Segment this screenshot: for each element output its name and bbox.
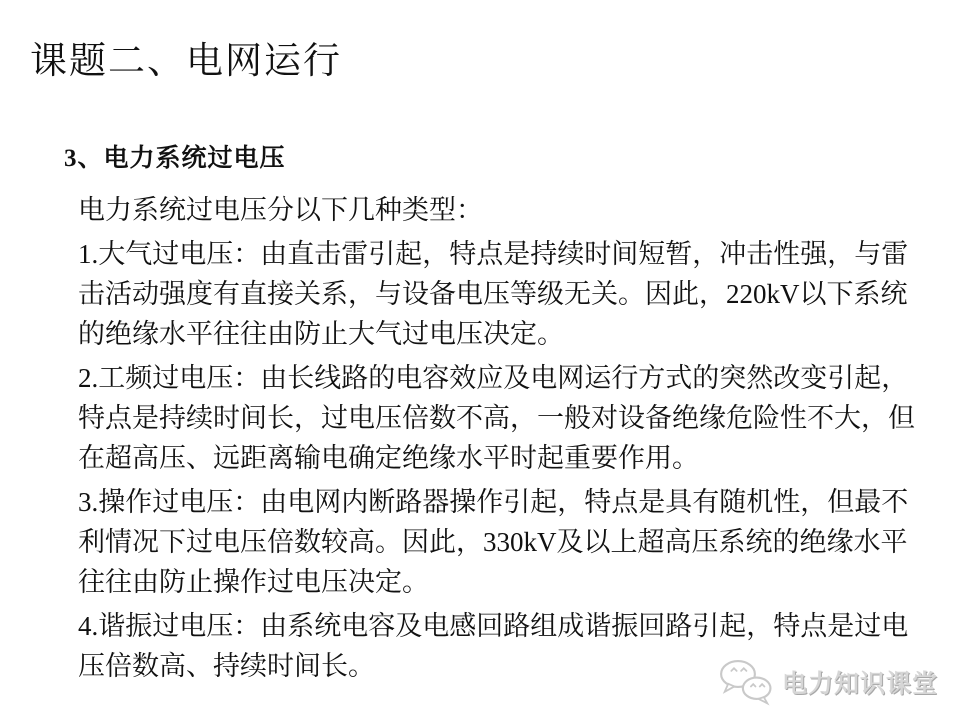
body-paragraph: 电力系统过电压分以下几种类型： <box>78 190 940 230</box>
body-paragraph: 2.工频过电压：由长线路的电容效应及电网运行方式的突然改变引起， 特点是持续时间… <box>78 358 940 478</box>
watermark: 电力知识课堂 <box>717 658 938 706</box>
wechat-icon <box>717 658 775 706</box>
body-paragraph: 3.操作过电压：由电网内断路器操作引起，特点是具有随机性，但最不 利情况下过电压… <box>78 482 940 602</box>
body-paragraph: 1.大气过电压：由直击雷引起，特点是持续时间短暂，冲击性强，与雷 击活动强度有直… <box>78 234 940 354</box>
watermark-label: 电力知识课堂 <box>782 664 938 700</box>
slide: 课题二、电网运行 3、电力系统过电压 电力系统过电压分以下几种类型：1.大气过电… <box>0 0 960 720</box>
page-title: 课题二、电网运行 <box>30 30 342 84</box>
body-paragraphs: 电力系统过电压分以下几种类型：1.大气过电压：由直击雷引起，特点是持续时间短暂，… <box>78 190 940 690</box>
section-heading: 3、电力系统过电压 <box>64 138 286 174</box>
